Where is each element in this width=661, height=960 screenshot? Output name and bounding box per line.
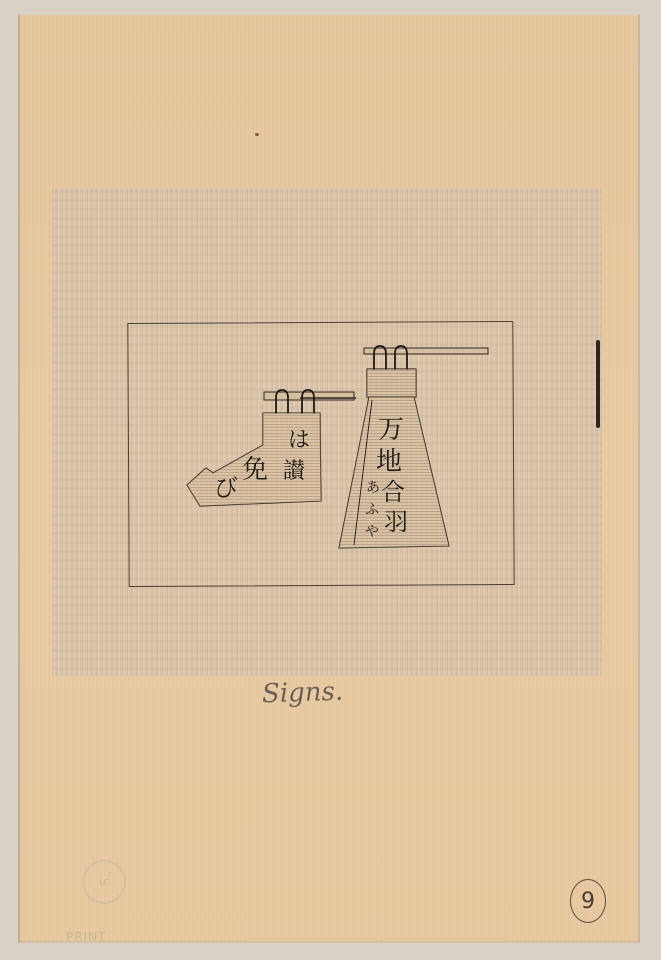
right-sign: 万 地 合 羽 あ ふ や xyxy=(339,346,488,548)
stamp-label: LC xyxy=(99,878,109,887)
left-sign-char-1: は xyxy=(288,428,310,453)
right-sign-side-2: ふ xyxy=(365,502,379,518)
right-sign-char-3: 合 xyxy=(381,478,405,506)
signs-drawing: は 讃 免 び 万 地 合 羽 あ ふ や xyxy=(0,0,661,960)
left-sign-char-2: 讃 xyxy=(283,459,306,484)
handwritten-caption: Signs. xyxy=(262,677,344,710)
right-sign-pole xyxy=(364,348,488,354)
left-sign-char-3: 免 xyxy=(242,455,268,485)
page-number-circled: 9 xyxy=(570,879,606,923)
right-sign-char-1: 万 xyxy=(378,415,404,445)
library-stamp: LC xyxy=(82,860,126,904)
stamp-text: PRINT xyxy=(66,930,106,944)
left-sign: は 讃 免 び xyxy=(187,390,356,506)
page-number: 9 xyxy=(581,889,595,914)
left-sign-char-4: び xyxy=(214,474,238,502)
right-sign-char-2: 地 xyxy=(376,447,402,477)
right-sign-side-3: や xyxy=(365,524,379,540)
right-sign-side-1: あ xyxy=(366,480,380,496)
right-sign-char-4: 羽 xyxy=(384,508,408,536)
